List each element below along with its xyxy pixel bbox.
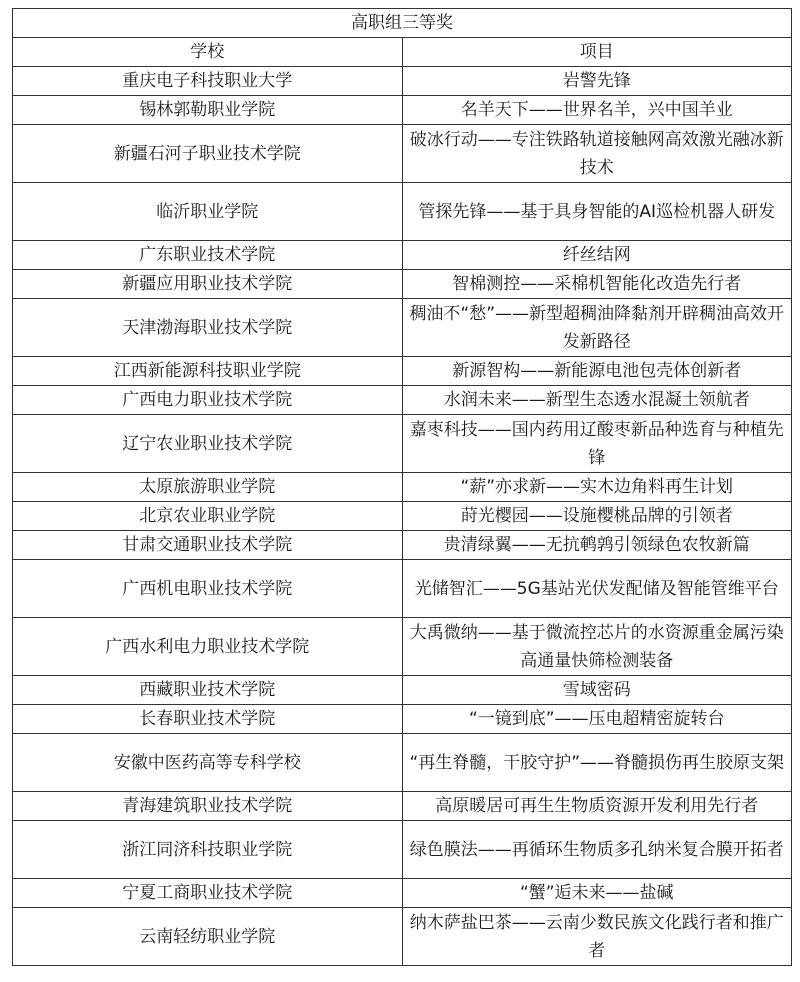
table-title-row: 高职组三等奖	[13, 9, 792, 38]
project-cell: 管探先锋——基于具身智能的AI巡检机器人研发	[402, 183, 792, 241]
project-cell: 岩警先锋	[402, 67, 792, 96]
school-cell: 青海建筑职业技术学院	[13, 792, 403, 821]
table-row: 广西机电职业技术学院 光储智汇——5G基站光伏发配储及智能管维平台	[13, 560, 792, 618]
school-cell: 广东职业技术学院	[13, 241, 403, 270]
project-cell: 智棉测控——采棉机智能化改造先行者	[402, 270, 792, 299]
table-row: 宁夏工商职业技术学院 “蟹”逅未来——盐碱	[13, 879, 792, 908]
table-row: 江西新能源科技职业学院 新源智构——新能源电池包壳体创新者	[13, 357, 792, 386]
school-cell: 新疆应用职业技术学院	[13, 270, 403, 299]
project-cell: 纤丝结网	[402, 241, 792, 270]
table-row: 临沂职业学院 管探先锋——基于具身智能的AI巡检机器人研发	[13, 183, 792, 241]
table-row: 新疆石河子职业技术学院 破冰行动——专注铁路轨道接触网高效激光融冰新技术	[13, 125, 792, 183]
school-cell: 广西水利电力职业技术学院	[13, 618, 403, 676]
project-cell: 纳木萨盐巴茶——云南少数民族文化践行者和推广者	[402, 908, 792, 966]
table-row: 浙江同济科技职业学院 绿色膜法——再循环生物质多孔纳米复合膜开拓者	[13, 821, 792, 879]
school-cell: 江西新能源科技职业学院	[13, 357, 403, 386]
table-row: 西藏职业技术学院 雪域密码	[13, 676, 792, 705]
table-row: 青海建筑职业技术学院 高原暖居可再生生物质资源开发利用先行者	[13, 792, 792, 821]
table-row: 新疆应用职业技术学院 智棉测控——采棉机智能化改造先行者	[13, 270, 792, 299]
project-cell: “蟹”逅未来——盐碱	[402, 879, 792, 908]
project-cell: 贵清绿翼——无抗鹌鹑引领绿色农牧新篇	[402, 531, 792, 560]
project-cell: 大禹微纳——基于微流控芯片的水资源重金属污染高通量快筛检测装备	[402, 618, 792, 676]
school-cell: 北京农业职业学院	[13, 502, 403, 531]
table-row: 辽宁农业职业技术学院 嘉枣科技——国内药用辽酸枣新品种选育与种植先锋	[13, 415, 792, 473]
school-cell: 临沂职业学院	[13, 183, 403, 241]
school-cell: 广西电力职业技术学院	[13, 386, 403, 415]
school-cell: 天津渤海职业技术学院	[13, 299, 403, 357]
school-cell: 新疆石河子职业技术学院	[13, 125, 403, 183]
table-row: 太原旅游职业学院 “薪”亦求新——实木边角料再生计划	[13, 473, 792, 502]
table-row: 天津渤海职业技术学院 稠油不“愁”——新型超稠油降黏剂开辟稠油高效开发新路径	[13, 299, 792, 357]
table-row: 北京农业职业学院 莳光樱园——设施樱桃品牌的引领者	[13, 502, 792, 531]
header-school: 学校	[13, 38, 403, 67]
table-header-row: 学校 项目	[13, 38, 792, 67]
award-table: 高职组三等奖 学校 项目 重庆电子科技职业大学 岩警先锋 锡林郭勒职业学院 名羊…	[12, 8, 792, 966]
project-cell: “薪”亦求新——实木边角料再生计划	[402, 473, 792, 502]
table-row: 广西水利电力职业技术学院 大禹微纳——基于微流控芯片的水资源重金属污染高通量快筛…	[13, 618, 792, 676]
school-cell: 长春职业技术学院	[13, 705, 403, 734]
project-cell: “再生脊髓，干胶守护”——脊髓损伤再生胶原支架	[402, 734, 792, 792]
table-row: 广东职业技术学院 纤丝结网	[13, 241, 792, 270]
table-row: 甘肃交通职业技术学院 贵清绿翼——无抗鹌鹑引领绿色农牧新篇	[13, 531, 792, 560]
project-cell: 嘉枣科技——国内药用辽酸枣新品种选育与种植先锋	[402, 415, 792, 473]
header-project: 项目	[402, 38, 792, 67]
school-cell: 云南轻纺职业学院	[13, 908, 403, 966]
project-cell: 水润未来——新型生态透水混凝土领航者	[402, 386, 792, 415]
table-row: 锡林郭勒职业学院 名羊天下——世界名羊，兴中国羊业	[13, 96, 792, 125]
school-cell: 甘肃交通职业技术学院	[13, 531, 403, 560]
school-cell: 宁夏工商职业技术学院	[13, 879, 403, 908]
school-cell: 重庆电子科技职业大学	[13, 67, 403, 96]
school-cell: 西藏职业技术学院	[13, 676, 403, 705]
school-cell: 锡林郭勒职业学院	[13, 96, 403, 125]
project-cell: 光储智汇——5G基站光伏发配储及智能管维平台	[402, 560, 792, 618]
project-cell: 莳光樱园——设施樱桃品牌的引领者	[402, 502, 792, 531]
table-row: 云南轻纺职业学院 纳木萨盐巴茶——云南少数民族文化践行者和推广者	[13, 908, 792, 966]
project-cell: 破冰行动——专注铁路轨道接触网高效激光融冰新技术	[402, 125, 792, 183]
project-cell: “一镜到底”——压电超精密旋转台	[402, 705, 792, 734]
school-cell: 太原旅游职业学院	[13, 473, 403, 502]
school-cell: 广西机电职业技术学院	[13, 560, 403, 618]
school-cell: 安徽中医药高等专科学校	[13, 734, 403, 792]
project-cell: 雪域密码	[402, 676, 792, 705]
table-title: 高职组三等奖	[13, 9, 792, 38]
project-cell: 名羊天下——世界名羊，兴中国羊业	[402, 96, 792, 125]
project-cell: 高原暖居可再生生物质资源开发利用先行者	[402, 792, 792, 821]
table-row: 安徽中医药高等专科学校 “再生脊髓，干胶守护”——脊髓损伤再生胶原支架	[13, 734, 792, 792]
project-cell: 新源智构——新能源电池包壳体创新者	[402, 357, 792, 386]
table-row: 重庆电子科技职业大学 岩警先锋	[13, 67, 792, 96]
school-cell: 辽宁农业职业技术学院	[13, 415, 403, 473]
school-cell: 浙江同济科技职业学院	[13, 821, 403, 879]
project-cell: 稠油不“愁”——新型超稠油降黏剂开辟稠油高效开发新路径	[402, 299, 792, 357]
project-cell: 绿色膜法——再循环生物质多孔纳米复合膜开拓者	[402, 821, 792, 879]
table-row: 长春职业技术学院 “一镜到底”——压电超精密旋转台	[13, 705, 792, 734]
table-row: 广西电力职业技术学院 水润未来——新型生态透水混凝土领航者	[13, 386, 792, 415]
